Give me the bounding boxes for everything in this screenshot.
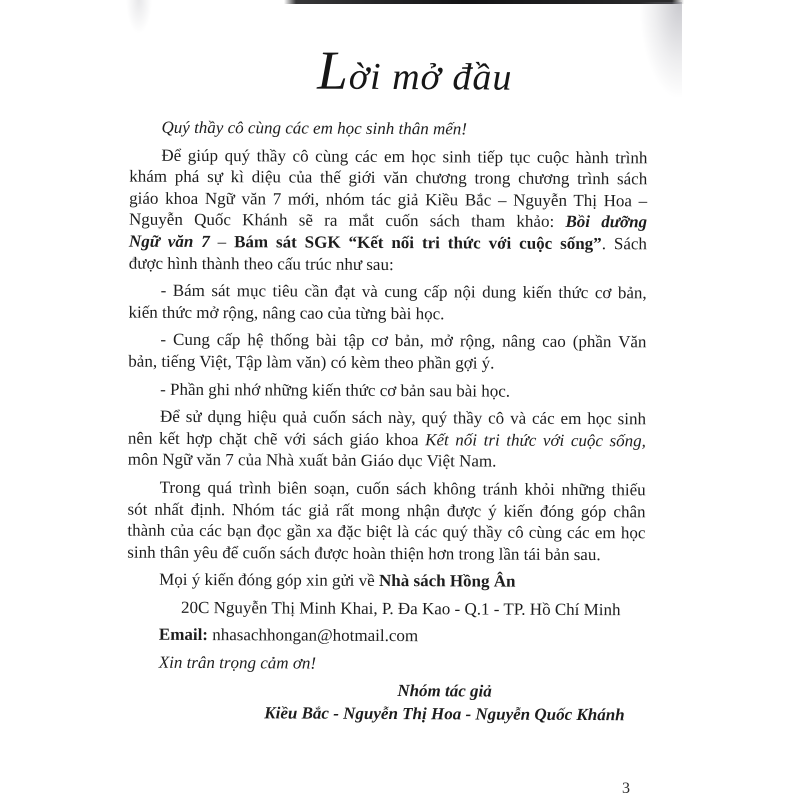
text-segment: nên kết hợp chặt chẽ với sách giáo khoa: [128, 428, 425, 449]
text-line: - Cung cấp hệ thống bài tập cơ bản, mở r…: [128, 329, 646, 353]
bullet-objectives: - Bám sát mục tiêu cần đạt và cung cấp n…: [129, 280, 647, 326]
page-number: 3: [622, 780, 631, 798]
text-segment: Trong quá trình biên soạn, cuốn sách khô…: [160, 478, 646, 500]
text-segment: bản, tiếng Việt, Tập làm văn) có kèm the…: [128, 352, 494, 373]
text-segment: . Sách: [602, 234, 647, 253]
text-line: bản, tiếng Việt, Tập làm văn) có kèm the…: [128, 351, 646, 375]
contact-line: Mọi ý kiến đóng góp xin gửi về Nhà sách …: [127, 569, 645, 593]
preface-body: Quý thầy cô cùng các em học sinh thân mế…: [127, 117, 648, 676]
text-segment: Bồi dưỡng: [565, 212, 647, 231]
text-segment: sót nhất định. Nhóm tác giả rất mong nhậ…: [127, 499, 645, 521]
thanks-line: Xin trân trọng cảm ơn!: [127, 652, 645, 676]
page-title: Lời mở đầu: [182, 39, 648, 109]
preface-content: Lời mở đầu Quý thầy cô cùng các em học s…: [126, 39, 648, 727]
text-segment: kiến thức mở rộng, nâng cao của từng bài…: [129, 302, 445, 323]
text-segment: - Cung cấp hệ thống bài tập cơ bản, mở r…: [160, 330, 646, 352]
signature-role: Nhóm tác giả: [255, 678, 635, 703]
text-segment: Kết nối tri thức với cuộc sống,: [425, 430, 646, 450]
text-segment: Nguyễn Quốc Khánh sẽ ra mắt cuốn sách th…: [129, 210, 566, 231]
text-line: nên kết hợp chặt chẽ với sách giáo khoa …: [128, 427, 646, 451]
address-line: 20C Nguyễn Thị Minh Khai, P. Đa Kao - Q.…: [127, 597, 645, 621]
text-segment: –: [210, 232, 234, 251]
text-line: khám phá sự kì diệu của thế giới văn chư…: [129, 166, 647, 190]
text-segment: Để sử dụng hiệu quả cuốn sách này, quý t…: [160, 407, 646, 429]
text-segment: Nhà sách Hồng Ân: [379, 571, 516, 591]
text-segment: sinh thân yêu để cuốn sách được hoàn thi…: [127, 542, 600, 563]
text-line: - Bám sát mục tiêu cần đạt và cung cấp n…: [129, 280, 647, 304]
text-segment: - Bám sát mục tiêu cần đạt và cung cấp n…: [161, 281, 647, 303]
text-line: sinh thân yêu để cuốn sách được hoàn thi…: [127, 541, 645, 565]
text-line: Để giúp quý thầy cô cùng các em học sinh…: [129, 144, 647, 168]
email-line: Email: nhasachhongan@hotmail.com: [127, 624, 645, 648]
text-line: sót nhất định. Nhóm tác giả rất mong nhậ…: [127, 498, 645, 522]
text-segment: Bám sát SGK “Kết nối tri thức với cuộc s…: [234, 232, 602, 253]
usage-paragraph: Để sử dụng hiệu quả cuốn sách này, quý t…: [128, 406, 646, 473]
text-line: - Phần ghi nhớ những kiến thức cơ bản sa…: [128, 378, 646, 402]
text-segment: 20C Nguyễn Thị Minh Khai, P. Đa Kao - Q.…: [181, 598, 621, 619]
text-line: Xin trân trọng cảm ơn!: [127, 652, 645, 676]
text-line: Ngữ văn 7 – Bám sát SGK “Kết nối tri thứ…: [129, 231, 647, 255]
text-segment: môn Ngữ văn 7 của Nhà xuất bản Giáo dục …: [128, 450, 497, 471]
text-line: môn Ngữ văn 7 của Nhà xuất bản Giáo dục …: [128, 449, 646, 473]
text-segment: Để giúp quý thầy cô cùng các em học sinh…: [161, 145, 647, 167]
text-segment: giáo khoa Ngữ văn 7 mới, nhóm tác giả Ki…: [129, 188, 647, 210]
text-line: Để sử dụng hiệu quả cuốn sách này, quý t…: [128, 406, 646, 430]
text-line: kiến thức mở rộng, nâng cao của từng bài…: [129, 301, 647, 325]
text-segment: khám phá sự kì diệu của thế giới văn chư…: [129, 167, 647, 189]
text-segment: Ngữ văn 7: [129, 232, 210, 251]
scan-smudge: [126, 0, 152, 34]
bullet-summary: - Phần ghi nhớ những kiến thức cơ bản sa…: [128, 378, 646, 402]
feedback-paragraph: Trong quá trình biên soạn, cuốn sách khô…: [127, 477, 645, 566]
text-segment: Xin trân trọng cảm ơn!: [159, 653, 316, 673]
text-segment: thành của các bạn đọc gần xa đặc biệt là…: [127, 521, 645, 543]
scanned-page: Lời mở đầu Quý thầy cô cùng các em học s…: [0, 0, 811, 811]
salutation-line: Quý thầy cô cùng các em học sinh thân mế…: [129, 117, 647, 141]
text-segment: Email:: [159, 625, 208, 644]
text-line: thành của các bạn đọc gần xa đặc biệt là…: [127, 520, 645, 544]
text-line: Mọi ý kiến đóng góp xin gửi về Nhà sách …: [127, 569, 645, 593]
text-segment: nhasachhongan@hotmail.com: [208, 626, 418, 646]
text-line: Email: nhasachhongan@hotmail.com: [127, 624, 645, 648]
text-line: giáo khoa Ngữ văn 7 mới, nhóm tác giả Ki…: [129, 187, 647, 211]
text-line: Trong quá trình biên soạn, cuốn sách khô…: [128, 477, 646, 501]
text-line: 20C Nguyễn Thị Minh Khai, P. Đa Kao - Q.…: [127, 597, 645, 621]
text-segment: được hình thành theo cấu trúc như sau:: [129, 253, 394, 273]
signature-block: Nhóm tác giả Kiều Bắc - Nguyễn Thị Hoa -…: [254, 678, 634, 727]
text-segment: Quý thầy cô cùng các em học sinh thân mế…: [161, 118, 467, 139]
text-line: Quý thầy cô cùng các em học sinh thân mế…: [129, 117, 647, 141]
text-line: được hình thành theo cấu trúc như sau:: [129, 252, 647, 276]
scan-edge-artifact: [284, 0, 684, 4]
intro-paragraph: Để giúp quý thầy cô cùng các em học sinh…: [129, 144, 648, 276]
text-line: Nguyễn Quốc Khánh sẽ ra mắt cuốn sách th…: [129, 209, 647, 233]
bullet-exercises: - Cung cấp hệ thống bài tập cơ bản, mở r…: [128, 329, 646, 375]
text-segment: Mọi ý kiến đóng góp xin gửi về: [159, 570, 379, 590]
text-segment: - Phần ghi nhớ những kiến thức cơ bản sa…: [160, 379, 510, 400]
signature-names: Kiều Bắc - Nguyễn Thị Hoa - Nguyễn Quốc …: [254, 701, 634, 726]
